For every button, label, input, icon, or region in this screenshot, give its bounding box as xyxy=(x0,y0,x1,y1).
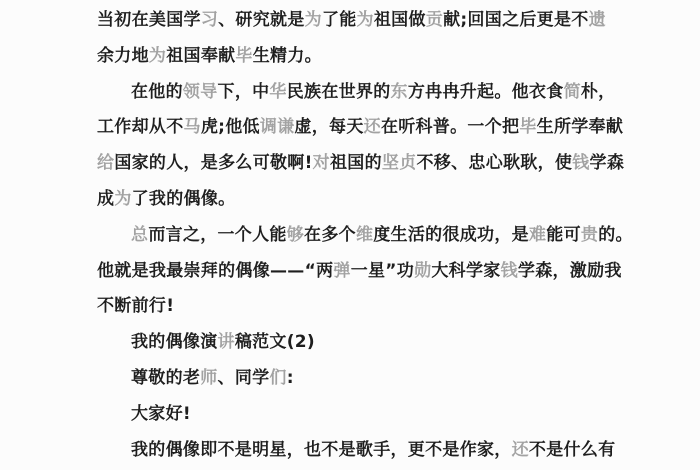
text-run: 虚，每天 xyxy=(294,117,363,137)
text-line: 给国家的人，是多么可敬啊!对祖国的坚贞不移、忠心耿耿，使钱学森 xyxy=(97,146,637,182)
text-run: 当初在美国学 xyxy=(97,10,201,30)
text-run: 、同学 xyxy=(218,368,270,388)
text-run: 在他的 xyxy=(131,82,183,102)
text-run-faded: 遗 xyxy=(589,10,606,30)
text-run: 一星”功 xyxy=(351,261,414,281)
text-run-faded: 坚贞 xyxy=(382,153,417,173)
text-run: 我的偶像即不是明星，也不是歌手，更不是作家， xyxy=(131,440,512,460)
text-line: 成为了我的偶像。 xyxy=(97,182,637,218)
text-run: 我的偶像演 xyxy=(131,332,218,352)
text-run: 献;回国之后更是不 xyxy=(443,10,589,30)
text-line: 我的偶像即不是明星，也不是歌手，更不是作家，还不是什么有 xyxy=(97,433,637,469)
text-run: 他就是我最崇拜的偶像——“两 xyxy=(97,261,333,281)
text-run: 稿范文(2) xyxy=(235,332,315,352)
text-run: 工作却从不 xyxy=(97,117,184,137)
text-run-faded: 调谦 xyxy=(260,117,295,137)
text-run: : xyxy=(287,368,294,388)
text-run-faded: 弹 xyxy=(333,261,350,281)
text-run-faded: 为 xyxy=(114,189,131,209)
text-run: 朴， xyxy=(581,82,616,102)
text-run-faded: 给 xyxy=(97,153,114,173)
text-run: 、研究就是 xyxy=(218,10,305,30)
text-run: 方冉冉升起。他衣食 xyxy=(408,82,564,102)
text-line: 总而言之，一个人能够在多个维度生活的很成功，是难能可贵的。 xyxy=(97,218,637,254)
text-run: 生精力。 xyxy=(253,46,322,66)
text-run-faded: 华 xyxy=(269,82,286,102)
text-run: 了我的偶像。 xyxy=(132,189,236,209)
text-line: 尊敬的老师、同学们: xyxy=(97,361,637,397)
text-run-faded: 还 xyxy=(512,440,529,460)
text-run-faded: 贵 xyxy=(581,225,598,245)
text-run: 而言之，一个人能 xyxy=(148,225,286,245)
text-run-faded: 够 xyxy=(287,225,304,245)
text-run-faded: 对 xyxy=(313,153,330,173)
text-run-faded: 马 xyxy=(184,117,201,137)
text-run-faded: 勋 xyxy=(414,261,431,281)
text-run: 余力地 xyxy=(97,46,149,66)
text-run-faded: 钱 xyxy=(501,261,518,281)
text-run: 的。 xyxy=(598,225,633,245)
text-run-faded: 师 xyxy=(200,368,217,388)
text-run-faded: 维 xyxy=(356,225,373,245)
text-run: 祖国的 xyxy=(330,153,382,173)
text-run: 尊敬的老 xyxy=(131,368,200,388)
text-run: 学森，激励我 xyxy=(518,261,622,281)
text-run-faded: 毕 xyxy=(235,46,252,66)
text-run-faded: 领导 xyxy=(183,82,218,102)
text-line: 他就是我最崇拜的偶像——“两弹一星”功勋大科学家钱学森，激励我 xyxy=(97,254,637,290)
text-run: 不是什么有 xyxy=(529,440,616,460)
text-line: 工作却从不马虎;他低调谦虚，每天还在听科普。一个把毕生所学奉献 xyxy=(97,110,637,146)
text-run: 能可 xyxy=(546,225,581,245)
text-run: 不移、忠心耿耿，使 xyxy=(417,153,573,173)
text-run: 虎;他低 xyxy=(201,117,260,137)
text-run-faded: 毕 xyxy=(519,117,536,137)
text-run-faded: 为 xyxy=(305,10,322,30)
text-run: 生所学奉献 xyxy=(537,117,624,137)
text-line: 当初在美国学习、研究就是为了能为祖国做贡献;回国之后更是不遗 xyxy=(97,3,637,39)
text-run-faded: 东 xyxy=(391,82,408,102)
text-run: 在听科普。一个把 xyxy=(381,117,519,137)
essay-text-block: 当初在美国学习、研究就是为了能为祖国做贡献;回国之后更是不遗余力地为祖国奉献毕生… xyxy=(97,3,637,468)
text-run: 下，中 xyxy=(218,82,270,102)
document-page: 当初在美国学习、研究就是为了能为祖国做贡献;回国之后更是不遗余力地为祖国奉献毕生… xyxy=(0,0,700,470)
text-run-faded: 为 xyxy=(149,46,166,66)
text-run: 在多个 xyxy=(304,225,356,245)
text-run: 祖国奉献 xyxy=(166,46,235,66)
text-run: 成 xyxy=(97,189,114,209)
text-run: 不断前行! xyxy=(97,296,174,316)
text-run-faded: 还 xyxy=(364,117,381,137)
text-run-faded: 们 xyxy=(269,368,286,388)
text-run: 了能 xyxy=(322,10,357,30)
text-run: 民族在世界的 xyxy=(287,82,391,102)
text-run-faded: 总 xyxy=(131,225,148,245)
text-run: 祖国做 xyxy=(374,10,426,30)
text-run-faded: 贡 xyxy=(426,10,443,30)
text-run: 度生活的很成功，是 xyxy=(373,225,529,245)
text-line: 大家好! xyxy=(97,397,637,433)
text-run-faded: 讲 xyxy=(218,332,235,352)
text-run: 大科学家 xyxy=(431,261,500,281)
text-run-faded: 习 xyxy=(201,10,218,30)
text-run-faded: 钱 xyxy=(572,153,589,173)
text-run-faded: 简 xyxy=(564,82,581,102)
text-run: 大家好! xyxy=(131,404,191,424)
text-run: 学森 xyxy=(590,153,625,173)
text-line: 在他的领导下，中华民族在世界的东方冉冉升起。他衣食简朴， xyxy=(97,75,637,111)
text-run: 国家的人，是多么可敬啊! xyxy=(114,153,312,173)
text-line: 余力地为祖国奉献毕生精力。 xyxy=(97,39,637,75)
text-line: 不断前行! xyxy=(97,289,637,325)
text-line: 我的偶像演讲稿范文(2) xyxy=(97,325,637,361)
text-run-faded: 为 xyxy=(357,10,374,30)
text-run-faded: 难 xyxy=(529,225,546,245)
